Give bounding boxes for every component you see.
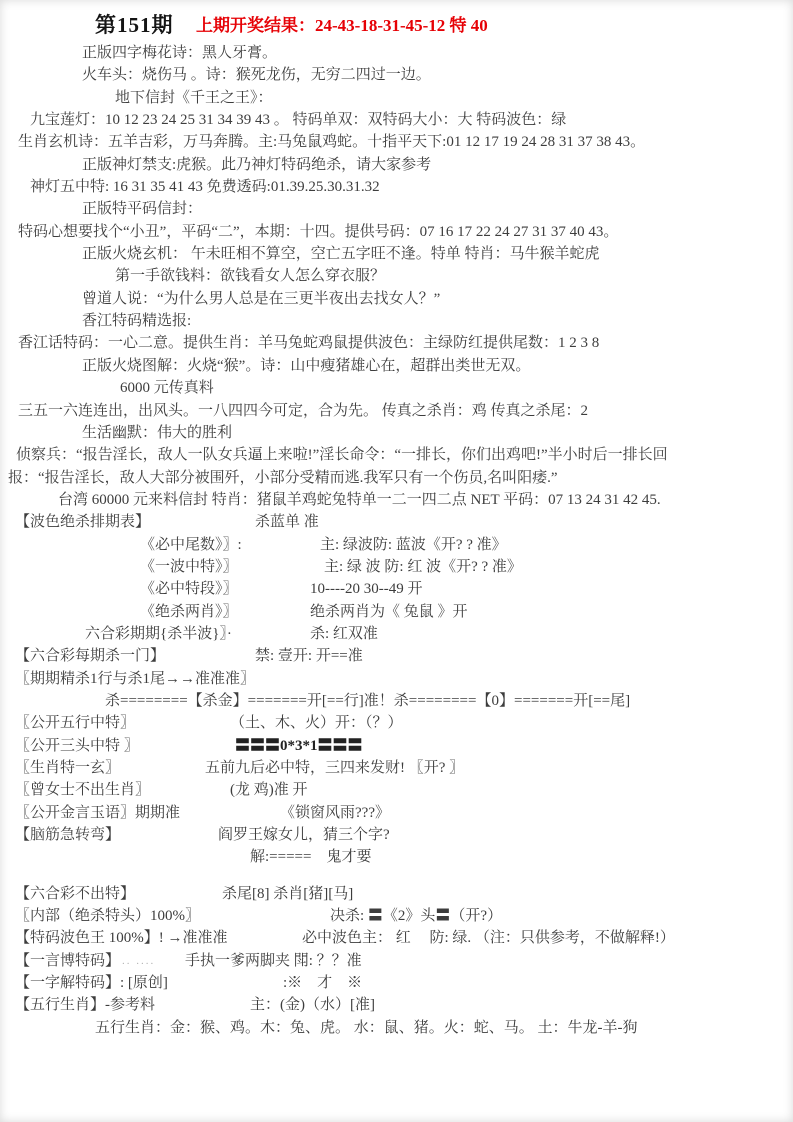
- text-segment: 〖曾女士不出生肖〗: [15, 779, 150, 801]
- text-line: 三五一六连连出，出风头。一八四四今可定，合为先。 传真之杀肖：鸡 传真之杀尾：2: [0, 400, 793, 422]
- text-segment: 《锁窗风雨???》: [280, 802, 390, 824]
- text-segment: 正版火烧图解：火烧“猴”。诗：山中瘦猪雄心在，超群出类世无双。: [82, 355, 530, 377]
- text-segment: 正版神灯禁支:虎猴。此乃神灯特码绝杀，请大家参考: [82, 154, 431, 176]
- text-segment: 10----20 30--49 开: [310, 578, 422, 600]
- text-line: 正版火烧玄机： 午未旺相不算空，空亡五字旺不逢。特单 特肖：马牛猴羊蛇虎: [0, 243, 793, 265]
- text-line: 《必中特段》〗10----20 30--49 开: [0, 578, 793, 600]
- text-segment: (龙 鸡)准 开: [230, 779, 308, 801]
- text-line: 《绝杀两肖》〗绝杀两肖为《 兔鼠 》开: [0, 601, 793, 623]
- text-line: 特码心想要找个“小丑”，平码“二”，本期：十四。提供号码：07 16 17 22…: [0, 221, 793, 243]
- text-segment: 生肖玄机诗：五羊吉彩，万马奔腾。主:马兔鼠鸡蛇。十指平天下:01 12 17 1…: [18, 131, 645, 153]
- text-segment: 台湾 60000 元来料信封 特肖：猪鼠羊鸡蛇兔特单一二一四二点 NET 平码：…: [58, 489, 661, 511]
- text-segment: 火车头：烧伤马 。诗：猴死龙伤，无穷二四过一边。: [82, 64, 431, 86]
- text-line: 《一波中特》〗主: 绿 波 防: 红 波《开? ? 准》: [0, 556, 793, 578]
- text-segment: 杀: 红双准: [310, 623, 378, 645]
- text-line: 正版特平码信封：: [0, 198, 793, 220]
- text-segment: :※ 才 ※: [283, 972, 362, 994]
- text-line: 正版神灯禁支:虎猴。此乃神灯特码绝杀，请大家参考: [0, 154, 793, 176]
- text-line: 生活幽默：伟大的胜利: [0, 422, 793, 444]
- text-line: 解:===== 鬼才要: [0, 846, 793, 868]
- text-segment: 九宝莲灯：10 12 23 24 25 31 34 39 43 。 特码单双：双…: [30, 109, 566, 131]
- text-line: 【一言博特码】.. ....手执一爹两脚夹 閗: ？？准: [0, 950, 793, 972]
- header-line: 第151期上期开奖结果：24-43-18-31-45-12 特 40: [0, 9, 793, 42]
- text-segment: 禁: 壹开: 开==准: [255, 645, 363, 667]
- text-line: 九宝莲灯：10 12 23 24 25 31 34 39 43 。 特码单双：双…: [0, 109, 793, 131]
- text-segment: 正版特平码信封：: [82, 198, 202, 220]
- text-segment: 《绝杀两肖》〗: [140, 601, 238, 623]
- document-body: 第151期上期开奖结果：24-43-18-31-45-12 特 40正版四字梅花…: [0, 0, 793, 1039]
- text-segment: 解:===== 鬼才要: [250, 846, 371, 868]
- text-line: 侦察兵：“报告淫长，敌人一队女兵逼上来啦!”淫长命令：“一排长，你们出鸡吧!”半…: [0, 444, 793, 466]
- last-draw-result: 上期开奖结果：24-43-18-31-45-12 特 40: [196, 9, 488, 42]
- text-segment: 【五行生肖】-参考料: [15, 994, 155, 1016]
- text-line: 神灯五中特: 16 31 35 41 43 免费透码:01.39.25.30.3…: [0, 176, 793, 198]
- text-segment: 香江话特码：一心二意。提供生肖：羊马兔蛇鸡鼠提供波色：主绿防红提供尾数：1 2 …: [18, 332, 599, 354]
- text-line: 六合彩期期{杀半波}〗·杀: 红双准: [0, 623, 793, 645]
- text-segment: 【脑筋急转弯】: [15, 824, 120, 846]
- text-segment: 五前九后必中特，三四来发财! 〖开? 〗: [205, 757, 464, 779]
- text-line: 〖生肖特一玄〗五前九后必中特，三四来发财! 〖开? 〗: [0, 757, 793, 779]
- text-segment: 6000 元传真料: [120, 377, 214, 399]
- text-segment: 香江特码精选报:: [82, 310, 191, 332]
- text-segment: 杀蓝单 准: [255, 511, 319, 533]
- text-line: 生肖玄机诗：五羊吉彩，万马奔腾。主:马兔鼠鸡蛇。十指平天下:01 12 17 1…: [0, 131, 793, 153]
- text-segment: 《一波中特》〗: [140, 556, 238, 578]
- text-segment: 主：(金)（水）[准]: [250, 994, 375, 1016]
- text-segment: .. ....: [122, 950, 155, 972]
- text-line: 〖曾女士不出生肖〗(龙 鸡)准 开: [0, 779, 793, 801]
- text-line: 〖公开五行中特〗（土、木、火）开：（？）: [0, 712, 793, 734]
- text-segment: 《必中尾数》〗:: [140, 534, 242, 556]
- text-line: 香江话特码：一心二意。提供生肖：羊马兔蛇鸡鼠提供波色：主绿防红提供尾数：1 2 …: [0, 332, 793, 354]
- text-segment: 杀尾[8] 杀肖[猪][马]: [222, 883, 353, 905]
- text-segment: 主: 绿 波 防: 红 波《开? ? 准》: [324, 556, 522, 578]
- text-line: 正版四字梅花诗：黑人牙膏。: [0, 42, 793, 64]
- text-segment: 〖公开金言玉语〗期期准: [15, 802, 180, 824]
- text-segment: 《必中特段》〗: [140, 578, 238, 600]
- text-segment: 阎罗王嫁女儿，猜三个字?: [218, 824, 390, 846]
- text-segment: 侦察兵：“报告淫长，敌人一队女兵逼上来啦!”淫长命令：“一排长，你们出鸡吧!”半…: [16, 444, 668, 466]
- text-segment: 第一手欲钱料：欲钱看女人怎么穿衣服？: [115, 265, 385, 287]
- text-line: 【一字解特码】: [原创]:※ 才 ※: [0, 972, 793, 994]
- text-segment: 报：“报告淫长，敌人大部分被围歼，小部分受精而逃.我军只有一个伤员,名叫阳痿.”: [8, 467, 558, 489]
- text-line: 〖公开三头中特 〗〓〓〓0*3*1〓〓〓: [0, 735, 793, 757]
- text-line: 正版火烧图解：火烧“猴”。诗：山中瘦猪雄心在，超群出类世无双。: [0, 355, 793, 377]
- text-segment: 地下信封《千王之王》：: [115, 87, 273, 109]
- text-line: 6000 元传真料: [0, 377, 793, 399]
- text-segment: 正版四字梅花诗：黑人牙膏。: [82, 42, 277, 64]
- lottery-tip-sheet: { "colors": { "accent_red": "#e60005", "…: [0, 0, 793, 1122]
- text-line: 五行生肖：金：猴、鸡。木：兔、虎。 水：鼠、猪。火：蛇、马。 土：牛龙-羊-狗: [0, 1017, 793, 1039]
- text-segment: 【六合彩不出特】: [15, 883, 135, 905]
- text-segment: 【波色绝杀排期表】: [15, 511, 150, 533]
- text-segment: 〖公开三头中特 〗: [15, 735, 139, 757]
- blocked-heads-value: 〓〓〓0*3*1〓〓〓: [235, 735, 363, 757]
- text-segment: 〖期期精杀1行与杀1尾→→准准准〗: [15, 668, 255, 690]
- text-segment: （土、木、火）开：（？）: [230, 712, 403, 734]
- text-segment: 三五一六连连出，出风头。一八四四今可定，合为先。 传真之杀肖：鸡 传真之杀尾：2: [18, 400, 588, 422]
- text-line: 〖期期精杀1行与杀1尾→→准准准〗: [0, 668, 793, 690]
- text-line: 【六合彩每期杀一门】禁: 壹开: 开==准: [0, 645, 793, 667]
- text-segment: 决杀: 〓《2》头〓（开?）: [330, 905, 502, 927]
- text-line: 火车头：烧伤马 。诗：猴死龙伤，无穷二四过一边。: [0, 64, 793, 86]
- text-segment: 杀========【杀金】=======开[==行]准！杀========【0】…: [105, 690, 630, 712]
- text-segment: 主: 绿波防: 蓝波《开? ? 准》: [320, 534, 507, 556]
- text-segment: 六合彩期期{杀半波}〗·: [85, 623, 232, 645]
- text-segment: 【一字解特码】: [原创]: [15, 972, 168, 994]
- text-segment: 曾道人说：“为什么男人总是在三更半夜出去找女人？”: [82, 288, 440, 310]
- text-line: 【五行生肖】-参考料主：(金)（水）[准]: [0, 994, 793, 1016]
- text-segment: 五行生肖：金：猴、鸡。木：兔、虎。 水：鼠、猪。火：蛇、马。 土：牛龙-羊-狗: [95, 1017, 638, 1039]
- blank-spacer: [0, 869, 793, 883]
- text-line: 杀========【杀金】=======开[==行]准！杀========【0】…: [0, 690, 793, 712]
- text-line: 【波色绝杀排期表】杀蓝单 准: [0, 511, 793, 533]
- text-segment: 【六合彩每期杀一门】: [15, 645, 165, 667]
- text-segment: 必中波色主： 红 防: 绿. （注：只供参考，不做解释!）: [302, 927, 675, 949]
- text-segment: 特码心想要找个“小丑”，平码“二”，本期：十四。提供号码：07 16 17 22…: [18, 221, 618, 243]
- text-line: 台湾 60000 元来料信封 特肖：猪鼠羊鸡蛇兔特单一二一四二点 NET 平码：…: [0, 489, 793, 511]
- text-line: 《必中尾数》〗:主: 绿波防: 蓝波《开? ? 准》: [0, 534, 793, 556]
- text-line: 曾道人说：“为什么男人总是在三更半夜出去找女人？”: [0, 288, 793, 310]
- text-line: 【六合彩不出特】杀尾[8] 杀肖[猪][马]: [0, 883, 793, 905]
- text-line: 地下信封《千王之王》：: [0, 87, 793, 109]
- text-line: 香江特码精选报:: [0, 310, 793, 332]
- text-segment: 【特码波色王 100%】! →准准准: [15, 927, 228, 949]
- text-segment: 生活幽默：伟大的胜利: [82, 422, 232, 444]
- text-segment: 【一言博特码】: [15, 950, 120, 972]
- text-line: 报：“报告淫长，敌人大部分被围歼，小部分受精而逃.我军只有一个伤员,名叫阳痿.”: [0, 467, 793, 489]
- text-segment: 〖生肖特一玄〗: [15, 757, 120, 779]
- text-line: 〖公开金言玉语〗期期准《锁窗风雨???》: [0, 802, 793, 824]
- period-title: 第151期: [95, 9, 174, 42]
- text-line: 第一手欲钱料：欲钱看女人怎么穿衣服？: [0, 265, 793, 287]
- text-segment: 绝杀两肖为《 兔鼠 》开: [310, 601, 468, 623]
- text-segment: 正版火烧玄机： 午未旺相不算空，空亡五字旺不逢。特单 特肖：马牛猴羊蛇虎: [82, 243, 600, 265]
- text-segment: 〖公开五行中特〗: [15, 712, 135, 734]
- text-segment: 手执一爹两脚夹 閗: ？？准: [185, 950, 362, 972]
- text-segment: 神灯五中特: 16 31 35 41 43 免费透码:01.39.25.30.3…: [30, 176, 380, 198]
- text-line: 【脑筋急转弯】阎罗王嫁女儿，猜三个字?: [0, 824, 793, 846]
- text-line: 【特码波色王 100%】! →准准准必中波色主： 红 防: 绿. （注：只供参考…: [0, 927, 793, 949]
- text-line: 〖内部（绝杀特头）100%〗决杀: 〓《2》头〓（开?）: [0, 905, 793, 927]
- text-segment: 〖内部（绝杀特头）100%〗: [15, 905, 200, 927]
